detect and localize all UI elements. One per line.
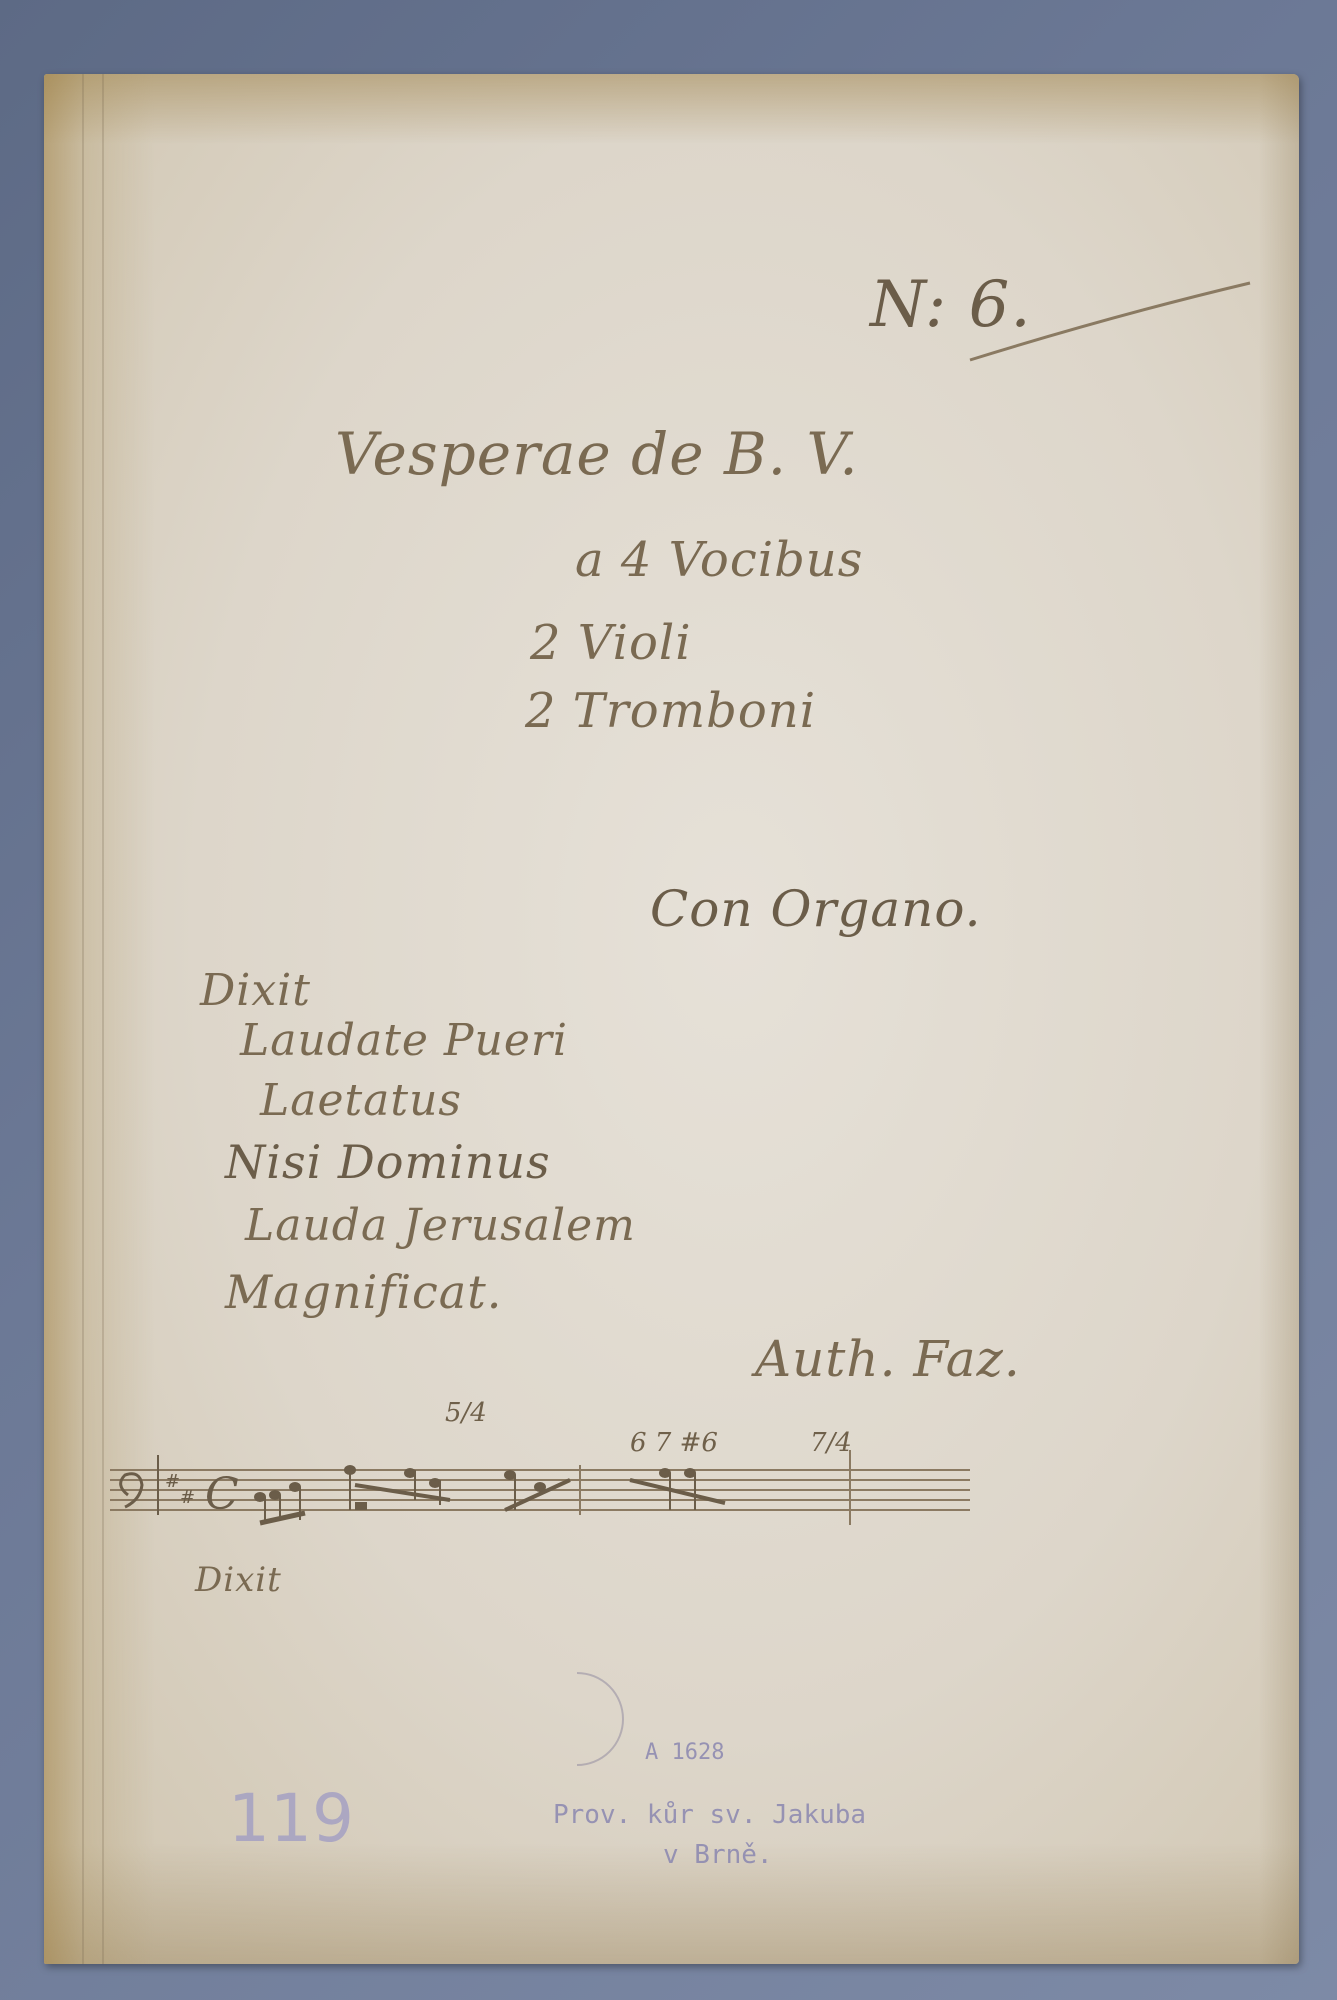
- figure-7-4: 7/4: [810, 1428, 852, 1458]
- svg-text:#: #: [180, 1487, 195, 1508]
- movement-lauda-jerusalem: Lauda Jerusalem: [245, 1200, 636, 1251]
- incipit-label: Dixit: [195, 1560, 282, 1600]
- underline-flourish: [965, 275, 1255, 365]
- movement-laetatus: Laetatus: [260, 1075, 462, 1126]
- movement-dixit: Dixit: [200, 965, 311, 1016]
- figure-5-4: 5/4: [445, 1398, 487, 1428]
- library-stamp-line2: v Brně.: [663, 1840, 773, 1870]
- music-incipit-staff: # # C: [110, 1465, 970, 1515]
- scoring-voices: a 4 Vocibus: [575, 532, 863, 588]
- svg-text:C: C: [205, 1469, 239, 1520]
- scoring-violins: 2 Violi: [530, 615, 692, 671]
- spine-fold: [82, 74, 84, 1964]
- svg-text:#: #: [165, 1471, 180, 1492]
- library-stamp-line1: Prov. kůr sv. Jakuba: [553, 1800, 866, 1830]
- figure-6-7-sharp6: 6 7 #6: [630, 1428, 718, 1458]
- scoring-trombones: 2 Tromboni: [525, 683, 816, 739]
- author-attribution: Auth. Faz.: [755, 1330, 1021, 1388]
- continuo-label: Con Organo.: [650, 880, 981, 938]
- spine-fold: [102, 74, 104, 1964]
- title: Vesperae de B. V.: [335, 420, 859, 488]
- movement-nisi-dominus: Nisi Dominus: [225, 1135, 551, 1189]
- shelfmark-stamp: A 1628: [645, 1740, 724, 1765]
- pencil-number: 119: [228, 1780, 354, 1857]
- movement-laudate-pueri: Laudate Pueri: [240, 1015, 568, 1066]
- movement-magnificat: Magnificat.: [225, 1265, 502, 1319]
